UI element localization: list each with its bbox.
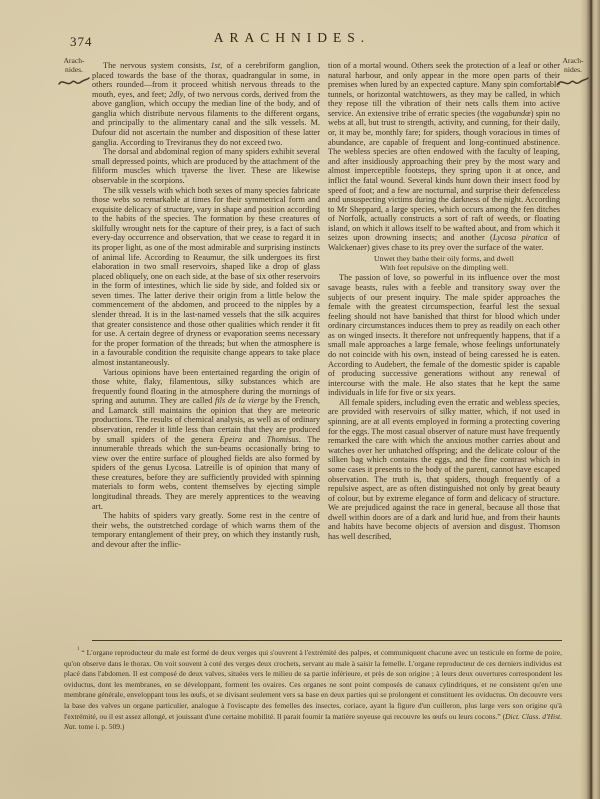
text-run: tome i. p. 509.) <box>77 722 125 731</box>
footnote-rule <box>92 640 562 641</box>
italic-text: vagabundæ <box>492 109 530 118</box>
book-right-edge <box>580 0 600 799</box>
text-run: “ L'organe reproducteur du male est form… <box>64 648 562 721</box>
verse-line: With feet repulsive on the dimpling well… <box>328 263 560 272</box>
text-column-right: tion of a mortal wound. Others seek the … <box>328 61 560 542</box>
footnote-text: 1 “ L'organe reproducteur du male est fo… <box>64 648 562 733</box>
italic-text: Lycosa piratica <box>493 233 548 242</box>
text-run: The passion of love, so powerful in its … <box>328 273 560 397</box>
text-run: All female spiders, including even the e… <box>328 398 560 541</box>
italic-text: 1st <box>210 61 220 70</box>
italic-text: 2dly <box>169 90 183 99</box>
paragraph: All female spiders, including even the e… <box>328 398 560 542</box>
book-page: 374 ARACHNIDES. Arach- nides. Arach- nid… <box>0 0 600 799</box>
text-run: The nervous system consists, <box>103 61 210 70</box>
italic-text: Epeira <box>219 435 242 444</box>
verse-couplet: Unwet they bathe their oily forms, and d… <box>328 254 560 273</box>
paragraph: Various opinions have been entertained r… <box>92 368 320 512</box>
text-column-left: The nervous system consists, 1st, of a c… <box>92 61 320 549</box>
margin-flourish-icon <box>557 76 589 88</box>
text-run: The dorsal and abdominal region of many … <box>92 147 320 185</box>
text-run: The silk vessels with which both sexes o… <box>92 186 320 367</box>
paragraph: The passion of love, so powerful in its … <box>328 273 560 398</box>
paragraph: The habits of spiders vary greatly. Some… <box>92 511 320 549</box>
verse-line: Unwet they bathe their oily forms, and d… <box>328 254 560 263</box>
margin-note-left-line1: Arach- <box>55 56 93 65</box>
italic-text: fils de la vierge <box>215 396 268 405</box>
paragraph: tion of a mortal wound. Others seek the … <box>328 61 560 253</box>
text-run: and <box>242 435 267 444</box>
paragraph: The dorsal and abdominal region of many … <box>92 147 320 185</box>
text-run: . The innumerable threads which the sun-… <box>92 435 320 511</box>
footnote: 1 “ L'organe reproducteur du male est fo… <box>64 648 562 733</box>
superscript-ref: 1 <box>77 647 79 652</box>
page-title: ARACHNIDES. <box>0 30 584 46</box>
margin-flourish-icon <box>58 76 90 88</box>
paragraph: The silk vessels with which both sexes o… <box>92 186 320 368</box>
italic-text: Thomisus <box>267 435 299 444</box>
text-run: The habits of spiders vary greatly. Some… <box>92 511 320 549</box>
text-run: ) spin no webs at all, but trust to stre… <box>328 109 560 243</box>
superscript-ref: 1 <box>185 173 188 179</box>
paragraph: The nervous system consists, 1st, of a c… <box>92 61 320 147</box>
margin-note-left: Arach- nides. <box>55 56 93 88</box>
margin-note-left-line2: nides. <box>55 65 93 74</box>
